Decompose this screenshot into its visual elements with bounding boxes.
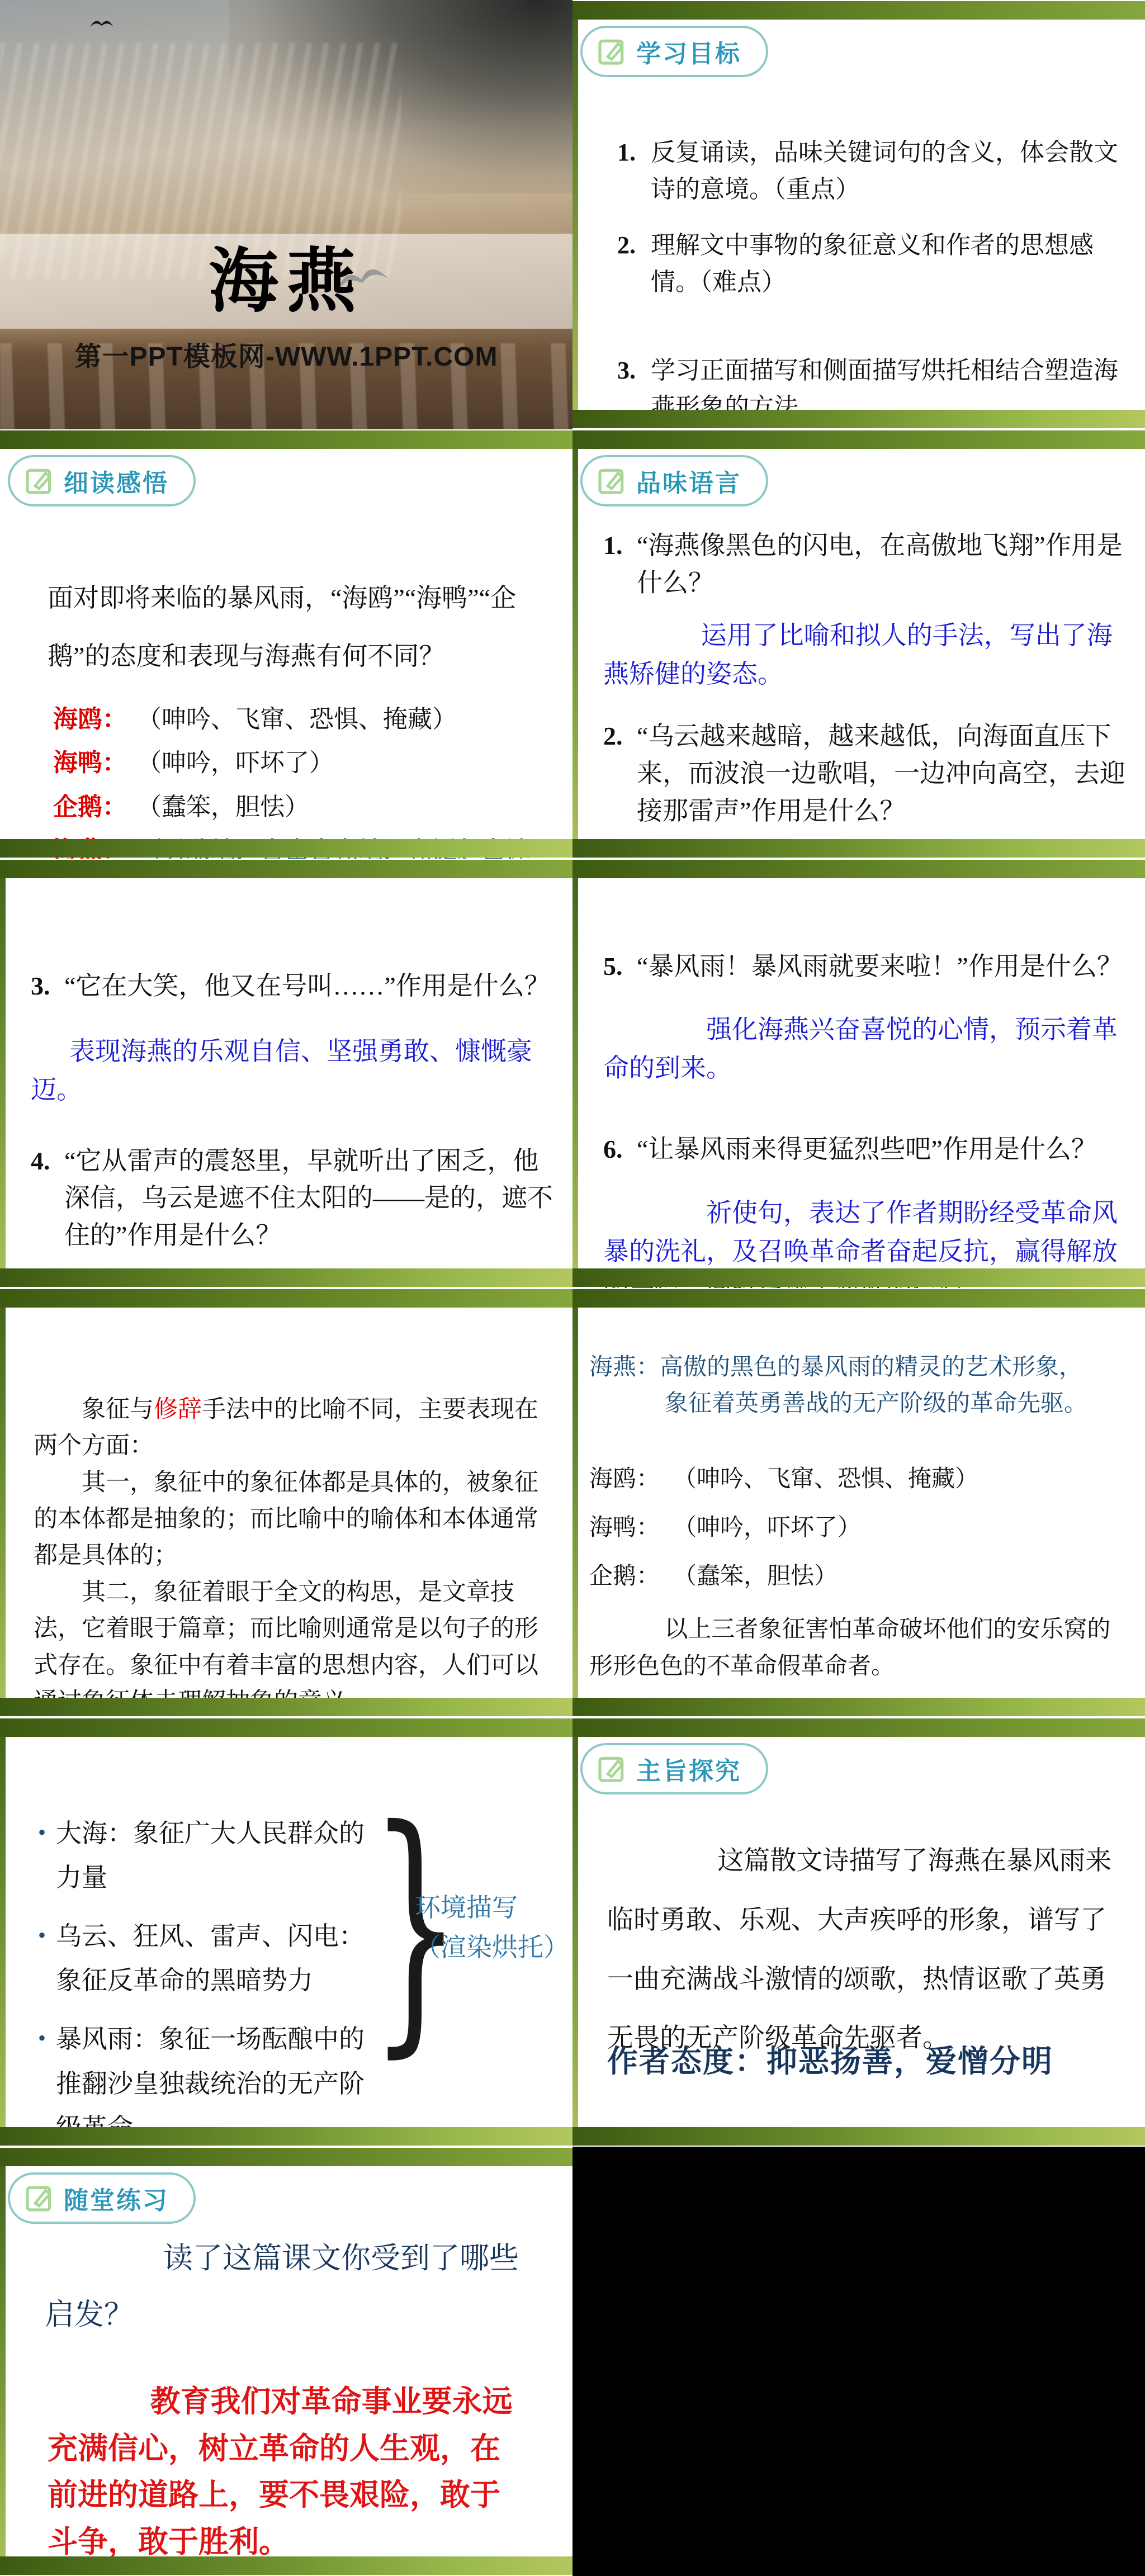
- left-green-strip: [572, 449, 578, 839]
- curly-brace: }: [370, 1801, 410, 2058]
- section-badge: 品味语言: [580, 455, 768, 506]
- top-green-bar: [0, 1289, 572, 1308]
- top-green-bar: [0, 1718, 572, 1737]
- top-green-bar: [572, 1, 1145, 20]
- bottom-green-bar: [0, 2127, 572, 2146]
- bottom-green-bar: [0, 839, 572, 858]
- top-green-bar: [572, 860, 1145, 878]
- bottom-green-bar: [572, 1698, 1145, 1716]
- list-item: 企鹅： （蠢笨，胆怯）: [589, 1559, 1128, 1595]
- pencil-square-icon: [23, 2182, 55, 2214]
- list-item: 企鹅： （蠢笨，胆怯）: [53, 785, 550, 829]
- left-green-strip: [0, 1737, 6, 2127]
- top-green-bar: [0, 2148, 572, 2166]
- objective-item: 2. 理解文中事物的象征意义和作者的思想感情。（难点）: [617, 227, 1123, 301]
- brace-label: 环境描写 （渲染烘托）: [415, 1888, 572, 1968]
- watermark-text: 第一PPT模板网-WWW.1PPT.COM: [0, 335, 572, 373]
- section-badge-label: 细读感悟: [64, 463, 169, 499]
- bottom-green-bar: [0, 2556, 572, 2575]
- slide-language-q5-6: 5. “暴风雨！暴风雨就要来啦！”作用是什么？ 强化海燕兴奋喜悦的心情，预示着革…: [572, 859, 1145, 1288]
- slide-class-exercise: 随堂练习 读了这篇课文你受到了哪些启发？ 教育我们对革命事业要永远充满信心，树立…: [0, 2147, 572, 2576]
- slide-objectives: 学习目标 1. 反复诵读，品味关键词句的含义，体会散文诗的意境。（重点） 2. …: [572, 0, 1145, 429]
- left-green-strip: [572, 1308, 578, 1698]
- petrel-definition-line1: 海燕：高傲的黑色的暴风雨的精灵的艺术形象，: [589, 1349, 1128, 1386]
- question-text: 6. “让暴风雨来得更猛烈些吧”作用是什么？: [603, 1131, 1125, 1168]
- left-green-strip: [0, 1308, 6, 1698]
- objective-item: 1. 反复诵读，品味关键词句的含义，体会散文诗的意境。（重点）: [617, 134, 1123, 208]
- question-text: 面对即将来临的暴风雨，“海鸥”“海鸭”“企鹅”的态度和表现与海燕有何不同？: [48, 569, 545, 685]
- list-item: 海鸭： （呻吟，吓坏了）: [53, 741, 550, 785]
- answer-text: 表现海燕的乐观自信、坚强勇敢、慷慨豪迈。: [31, 1032, 553, 1109]
- paragraph: 以上三者象征害怕革命破坏他们的安乐窝的形形色色的不革命假革命者。: [589, 1612, 1128, 1684]
- slide-language-q1-2: 品味语言 1. “海燕像黑色的闪电，在高傲地飞翔”作用是什么？ 运用了比喻和拟人…: [572, 429, 1145, 859]
- list-item: 海鸭： （呻吟，吓坏了）: [589, 1510, 1128, 1546]
- question-text: 3. “它在大笑，他又在号叫……”作用是什么？: [31, 968, 553, 1005]
- highlighted-term: 修辞: [154, 1396, 202, 1423]
- left-green-strip: [0, 2166, 6, 2556]
- bird-list: 海鸥： （呻吟、飞窜、恐惧、掩藏） 海鸭： （呻吟，吓坏了） 企鹅： （蠢笨，胆…: [589, 1461, 1128, 1595]
- paragraph: 其一，象征中的象征体都是具体的，被象征的本体都是抽象的；而比喻中的喻体和本体通常…: [34, 1465, 547, 1574]
- pencil-square-icon: [23, 465, 55, 496]
- title-band: 海燕: [0, 234, 572, 329]
- top-green-bar: [572, 1289, 1145, 1308]
- bottom-green-bar: [572, 839, 1145, 858]
- section-badge: 主旨探究: [580, 1743, 768, 1794]
- list-item: 海鸥： （呻吟、飞窜、恐惧、掩藏）: [589, 1461, 1128, 1498]
- top-green-bar: [572, 1718, 1145, 1737]
- slide-reading-insight: 细读感悟 面对即将来临的暴风雨，“海鸥”“海鸭”“企鹅”的态度和表现与海燕有何不…: [0, 429, 572, 859]
- bottom-green-bar: [572, 410, 1145, 428]
- question-text: 2. “乌云越来越暗，越来越低，向海面直压下来，而波浪一边歌唱，一边冲向高空，去…: [603, 718, 1125, 830]
- pencil-square-icon: [596, 1753, 627, 1784]
- list-item: • 大海：象征广大人民群众的力量: [38, 1811, 373, 1900]
- list-item: • 乌云、狂风、雷声、闪电：象征反革命的黑暗势力: [38, 1914, 373, 2002]
- slide-grid: 海燕 第一PPT模板网-WWW.1PPT.COM 学习目标 1. 反复诵读，品味…: [0, 0, 1145, 2576]
- top-green-bar: [0, 430, 572, 449]
- section-badge-label: 随堂练习: [64, 2180, 169, 2216]
- top-green-bar: [0, 860, 572, 878]
- section-badge: 随堂练习: [8, 2172, 196, 2224]
- bird-icon: [89, 17, 114, 29]
- pencil-square-icon: [596, 465, 627, 496]
- exercise-question: 读了这篇课文你受到了哪些启发？: [45, 2231, 537, 2343]
- exercise-answer: 教育我们对革命事业要永远充满信心，树立革命的人生观，在前进的道路上，要不畏艰险，…: [48, 2379, 528, 2566]
- slide-title: 海燕 第一PPT模板网-WWW.1PPT.COM: [0, 0, 572, 429]
- bird-comparison-list: 海鸥： （呻吟、飞窜、恐惧、掩藏） 海鸭： （呻吟，吓坏了） 企鹅： （蠢笨，胆…: [53, 698, 550, 859]
- question-text: 5. “暴风雨！暴风雨就要来啦！”作用是什么？: [603, 948, 1125, 986]
- theme-paragraph: 这篇散文诗描写了海燕在暴风雨来临时勇敢、乐观、大声疾呼的形象，谱写了一曲充满战斗…: [607, 1832, 1118, 2068]
- slide-environment-symbols: • 大海：象征广大人民群众的力量 • 乌云、狂风、雷声、闪电：象征反革命的黑暗势…: [0, 1717, 572, 2147]
- bullet-icon: •: [38, 1811, 46, 1900]
- left-green-strip: [572, 878, 578, 1268]
- left-green-strip: [0, 878, 6, 1268]
- bottom-green-bar: [0, 1268, 572, 1287]
- bottom-green-bar: [572, 1268, 1145, 1287]
- answer-text: 运用了比喻和拟人的手法，写出了海燕矫健的姿态。: [603, 616, 1125, 693]
- page-title: 海燕: [0, 234, 572, 329]
- section-badge: 细读感悟: [8, 455, 196, 506]
- slide-language-q3-4: 3. “它在大笑，他又在号叫……”作用是什么？ 表现海燕的乐观自信、坚强勇敢、慷…: [0, 859, 572, 1288]
- question-text: 4. “它从雷声的震怒里，早就听出了困乏，他深信，乌云是遮不住太阳的——是的，遮…: [31, 1143, 553, 1254]
- slide-symbolism-vs-metaphor: 象征与修辞手法中的比喻不同，主要表现在两个方面： 其一，象征中的象征体都是具体的…: [0, 1288, 572, 1717]
- bullet-icon: •: [38, 1914, 46, 2002]
- answer-text: 强化海燕兴奋喜悦的心情，预示着革命的到来。: [603, 1010, 1125, 1087]
- empty-black-slide: [572, 2147, 1145, 2576]
- body-text: 象征与修辞手法中的比喻不同，主要表现在两个方面： 其一，象征中的象征体都是具体的…: [34, 1391, 547, 1717]
- paragraph: 其二，象征着眼于全文的构思，是文章技法，它着眼于篇章；而比喻则通常是以句子的形式…: [34, 1574, 547, 1717]
- qa-list: 1. “海燕像黑色的闪电，在高傲地飞翔”作用是什么？ 运用了比喻和拟人的手法，写…: [603, 527, 1125, 859]
- qa-list: 5. “暴风雨！暴风雨就要来啦！”作用是什么？ 强化海燕兴奋喜悦的心情，预示着革…: [603, 948, 1125, 1288]
- pencil-square-icon: [596, 36, 627, 67]
- left-green-strip: [572, 20, 578, 410]
- left-green-strip: [572, 1737, 578, 2127]
- bottom-green-bar: [572, 2127, 1145, 2146]
- author-attitude: 作者态度：抑恶扬善，爱憎分明: [607, 2037, 1053, 2081]
- section-badge-label: 品味语言: [636, 463, 741, 499]
- section-badge: 学习目标: [580, 26, 768, 77]
- petrel-definition-line2: 象征着英勇善战的无产阶级的革命先驱。: [589, 1386, 1128, 1422]
- paragraph: 象征与修辞手法中的比喻不同，主要表现在两个方面：: [34, 1391, 547, 1465]
- slide-theme-exploration: 主旨探究 这篇散文诗描写了海燕在暴风雨来临时勇敢、乐观、大声疾呼的形象，谱写了一…: [572, 1717, 1145, 2147]
- symbol-bullet-list: • 大海：象征广大人民群众的力量 • 乌云、狂风、雷声、闪电：象征反革命的黑暗势…: [38, 1811, 373, 2147]
- top-green-bar: [572, 430, 1145, 449]
- section-badge-label: 主旨探究: [636, 1751, 741, 1787]
- qa-list: 3. “它在大笑，他又在号叫……”作用是什么？ 表现海燕的乐观自信、坚强勇敢、慷…: [31, 968, 553, 1288]
- body-text: 海燕：高傲的黑色的暴风雨的精灵的艺术形象， 象征着英勇善战的无产阶级的革命先驱。…: [589, 1349, 1128, 1717]
- objectives-list: 1. 反复诵读，品味关键词句的含义，体会散文诗的意境。（重点） 2. 理解文中事…: [617, 134, 1123, 429]
- list-item: 海鸥： （呻吟、飞窜、恐惧、掩藏）: [53, 698, 550, 741]
- slide-petrel-symbolism: 海燕：高傲的黑色的暴风雨的精灵的艺术形象， 象征着英勇善战的无产阶级的革命先驱。…: [572, 1288, 1145, 1717]
- question-text: 1. “海燕像黑色的闪电，在高傲地飞翔”作用是什么？: [603, 527, 1125, 602]
- section-badge-label: 学习目标: [636, 34, 741, 69]
- bottom-green-bar: [0, 1698, 572, 1716]
